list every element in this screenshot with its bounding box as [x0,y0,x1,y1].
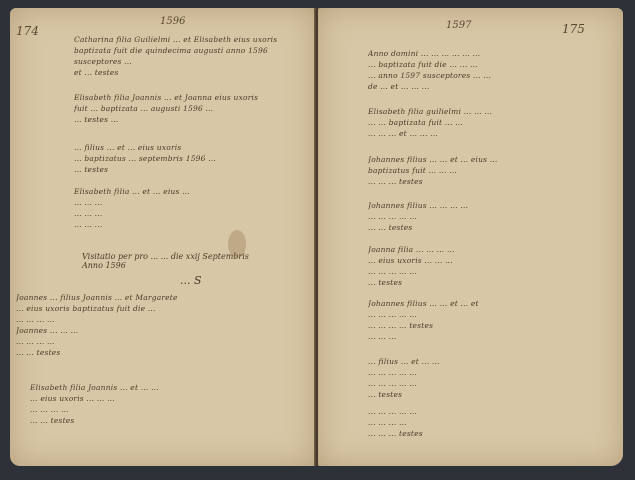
entry: Catharina filia Guilielmi ... et Elisabe… [74,34,309,78]
right-page: 1597 175 Anno domini ... ... ... ... ...… [318,8,623,466]
entry: Johannes filius ... ... et ... eius ...b… [368,154,613,187]
entry: ... ... ... ... ...... ... ... ...... ..… [368,406,613,439]
entry: Elisabeth filia Joannis ... et ... .....… [30,382,310,426]
folio-number: 174 [16,24,39,38]
year-heading: 1597 [446,20,471,31]
entry: Johannes filius ... ... ... ...... ... .… [368,200,613,233]
entry: Elisabeth filia guilielmi ... ... ......… [368,106,613,139]
entry: Joanna filia ... ... ... ...... eius uxo… [368,244,613,288]
folio-number: 175 [562,22,585,36]
entry: Elisabeth filia Joannis ... et Joanna ei… [74,92,309,125]
section-heading: Visitatio per pro ... ... die xxij Septe… [82,252,249,270]
signature: ... S [180,274,202,287]
entry: Joannes ... filius Joannis ... et Margar… [16,292,306,358]
left-page: 174 1596 Catharina filia Guilielmi ... e… [10,8,315,466]
entry: Johannes filius ... ... et ... et... ...… [368,298,613,342]
entry: ... filius ... et ... ...... ... ... ...… [368,356,613,400]
year-heading: 1596 [160,16,185,27]
entry: ... filius ... et ... eius uxoris... bap… [74,142,309,175]
entry: Elisabeth filia ... et ... eius ...... .… [74,186,309,230]
entry: Anno domini ... ... ... ... ... ...... b… [368,48,613,92]
ink-stain [228,230,246,258]
